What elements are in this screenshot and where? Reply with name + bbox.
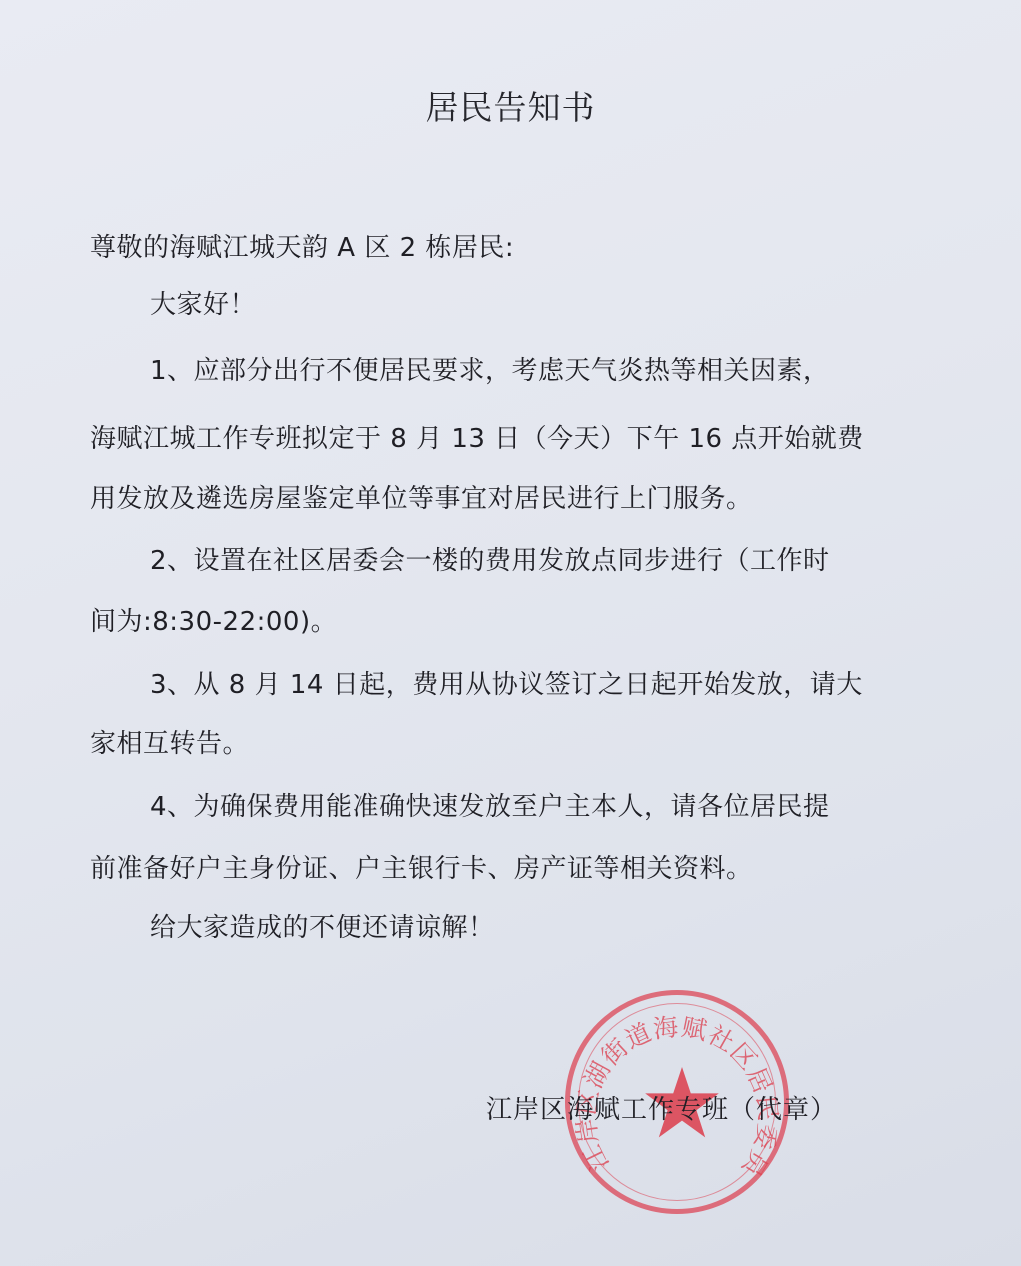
paragraph-line: 海赋江城工作专班拟定于 8 月 13 日（今天）下午 16 点开始就费	[90, 418, 864, 455]
closing-line: 给大家造成的不便还请谅解！	[150, 907, 495, 944]
paragraph-line: 4、为确保费用能准确快速发放至户主本人，请各位居民提	[150, 786, 830, 823]
greeting: 大家好！	[150, 284, 256, 321]
paragraph-line: 用发放及遴选房屋鉴定单位等事宜对居民进行上门服务。	[90, 478, 753, 515]
paragraph-line: 前准备好户主身份证、户主银行卡、房产证等相关资料。	[90, 848, 753, 885]
document-title: 居民告知书	[0, 82, 1021, 129]
signature: 江岸区海赋工作专班（代章）	[486, 1089, 837, 1126]
paragraph-line: 家相互转告。	[90, 723, 249, 760]
paragraph-line: 2、设置在社区居委会一楼的费用发放点同步进行（工作时	[150, 540, 830, 577]
salutation: 尊敬的海赋江城天韵 A 区 2 栋居民:	[90, 227, 514, 264]
paragraph-line: 3、从 8 月 14 日起，费用从协议签订之日起开始发放，请大	[150, 664, 863, 701]
paragraph-line: 1、应部分出行不便居民要求，考虑天气炎热等相关因素，	[150, 350, 830, 387]
notice-page: 居民告知书 尊敬的海赋江城天韵 A 区 2 栋居民: 大家好！ 1、应部分出行不…	[0, 0, 1021, 1266]
paragraph-line: 间为:8:30-22:00)。	[90, 601, 337, 638]
